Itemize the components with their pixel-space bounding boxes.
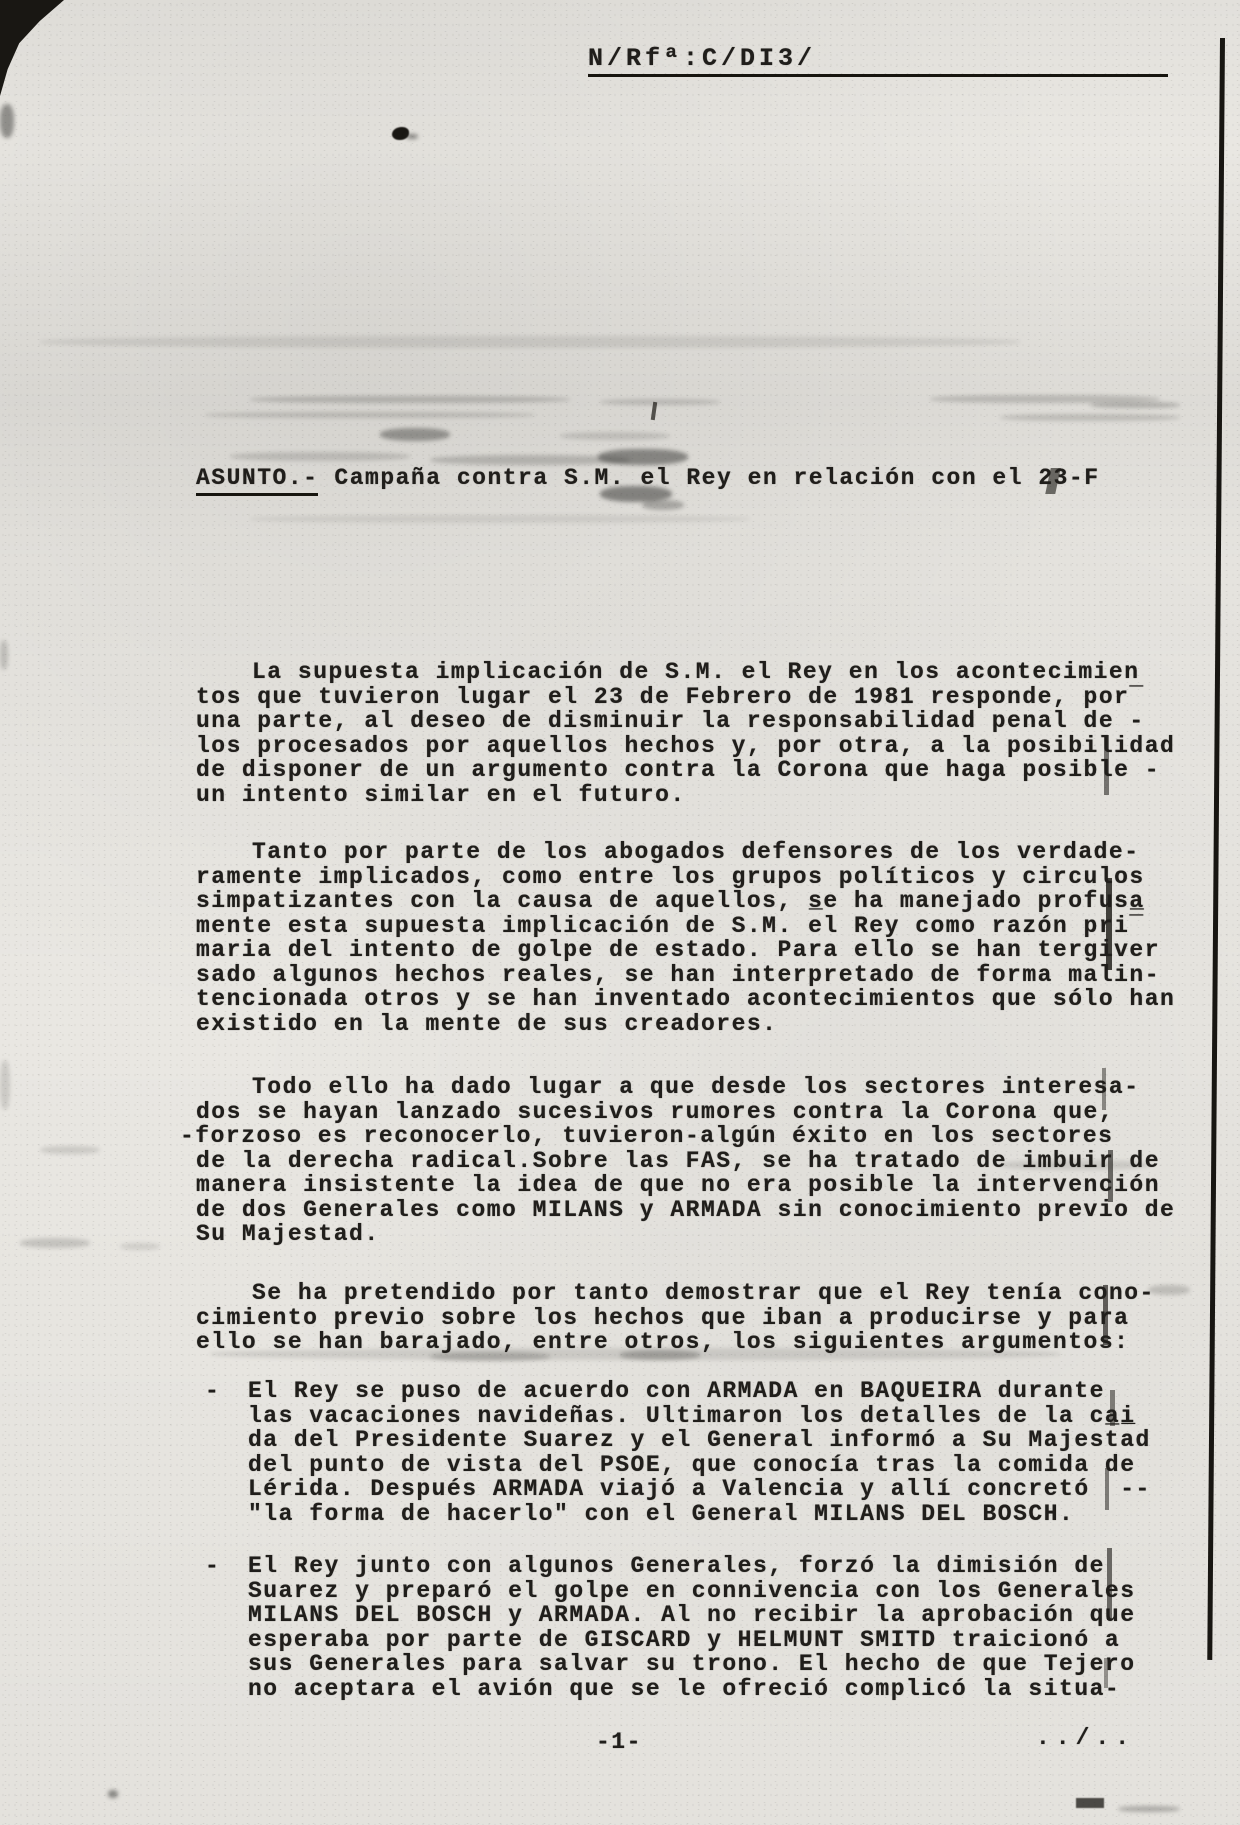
text-line: Se ha pretendido por tanto demostrar que…	[196, 1281, 1155, 1306]
bullet-dash: -	[205, 1379, 220, 1404]
text-line: El Rey se puso de acuerdo con ARMADA en …	[248, 1379, 1151, 1404]
reference-line: N/Rfª:C/DI3/	[588, 46, 1168, 77]
scan-band	[1000, 414, 1180, 421]
scan-band	[250, 396, 570, 403]
scan-band	[380, 428, 450, 441]
text-line: mente esta supuesta implicación de S.M. …	[196, 914, 1175, 939]
subject-label: ASUNTO.-	[196, 465, 318, 496]
text-line: dos se hayan lanzado sucesivos rumores c…	[196, 1100, 1175, 1125]
text-line: cimiento previo sobre los hechos que iba…	[196, 1306, 1155, 1331]
text-line: MILANS DEL BOSCH y ARMADA. Al no recibir…	[248, 1603, 1136, 1628]
scan-band	[600, 399, 720, 405]
text-line: tos que tuvieron lugar el 23 de Febrero …	[196, 685, 1175, 710]
continuation-mark: ../..	[1036, 1726, 1135, 1751]
text-line: esperaba por parte de GISCARD y HELMUNT …	[248, 1628, 1136, 1653]
subject-line: ASUNTO.-Campaña contra S.M. el Rey en re…	[196, 466, 1100, 491]
text-line: una parte, al deseo de disminuir la resp…	[196, 709, 1175, 734]
text-line: Tanto por parte de los abogados defensor…	[196, 840, 1175, 865]
text-line: sus Generales para salvar su trono. El h…	[248, 1652, 1136, 1677]
scan-corner-blob	[0, 0, 64, 96]
scan-ink-blob-tail	[406, 134, 418, 139]
scan-band	[598, 449, 688, 465]
scan-left-edge-speck	[0, 640, 8, 670]
text-line: tencionada otros y se han inventado acon…	[196, 987, 1175, 1012]
text-line: simpatizantes con la causa de aquellos, …	[196, 889, 1175, 914]
text-line: los procesados por aquellos hechos y, po…	[196, 734, 1175, 759]
scan-line-right	[1207, 38, 1225, 1660]
text-line: ello se han barajado, entre otros, los s…	[196, 1330, 1155, 1355]
text-line: de dos Generales como MILANS y ARMADA si…	[196, 1198, 1175, 1223]
paragraph-1: La supuesta implicación de S.M. el Rey e…	[196, 660, 1175, 807]
scan-bottom-right-smear	[1118, 1806, 1180, 1812]
text-line: Todo ello ha dado lugar a que desde los …	[196, 1075, 1175, 1100]
text-line: "la forma de hacerlo" con el General MIL…	[248, 1502, 1151, 1527]
text-line: de disponer de un argumento contra la Co…	[196, 758, 1175, 783]
text-line: de la derecha radical.Sobre las FAS, se …	[196, 1149, 1175, 1174]
page-number: -1-	[596, 1730, 642, 1755]
text-line: del punto de vista del PSOE, que conocía…	[248, 1453, 1151, 1478]
subject-text: Campaña contra S.M. el Rey en relación c…	[334, 465, 1099, 491]
scan-band	[230, 452, 410, 461]
text-line: no aceptara el avión que se le ofreció c…	[248, 1677, 1136, 1702]
text-line: existido en la mente de sus creadores.	[196, 1012, 1175, 1037]
scanned-document: { "header": { "reference": "N/Rf\u00aa:C…	[0, 0, 1240, 1825]
scan-band	[40, 1146, 100, 1154]
bullet-dash: -	[205, 1554, 220, 1579]
scan-band	[560, 432, 670, 440]
text-line: Su Majestad.	[196, 1222, 1175, 1247]
scan-band	[250, 515, 750, 523]
text-line: La supuesta implicación de S.M. el Rey e…	[196, 660, 1175, 685]
text-line: ramente implicados, como entre los grupo…	[196, 865, 1175, 890]
text-line: manera insistente la idea de que no era …	[196, 1173, 1175, 1198]
text-line: Lérida. Después ARMADA viajó a Valencia …	[248, 1477, 1151, 1502]
reference-text: N/Rfª:C/DI3/	[588, 44, 816, 73]
scan-band	[20, 1238, 90, 1248]
text-line: sado algunos hechos reales, se han inter…	[196, 963, 1175, 988]
scan-left-edge-speck	[0, 1060, 10, 1110]
paragraph-2: Tanto por parte de los abogados defensor…	[196, 840, 1175, 1036]
scan-corner-streak	[0, 104, 14, 138]
paragraph-4: Se ha pretendido por tanto demostrar que…	[196, 1281, 1155, 1355]
text-line: un intento similar en el futuro.	[196, 783, 1175, 808]
bullet-item-1: - El Rey se puso de acuerdo con ARMADA e…	[196, 1379, 1151, 1526]
paragraph-3: Todo ello ha dado lugar a que desde los …	[196, 1075, 1175, 1247]
scan-band	[1090, 402, 1180, 408]
scan-bottom-left-dot	[108, 1790, 118, 1798]
text-line: da del Presidente Suarez y el General in…	[248, 1428, 1151, 1453]
text-line: las vacaciones navideñas. Ultimaron los …	[248, 1404, 1151, 1429]
scan-band	[120, 1243, 160, 1250]
scan-band	[40, 336, 1020, 348]
text-line: Suarez y preparó el golpe en connivencia…	[248, 1579, 1136, 1604]
scan-subject-smear	[642, 500, 684, 510]
text-line: -forzoso es reconocerlo, tuvieron-algún …	[196, 1124, 1175, 1149]
text-line: El Rey junto con algunos Generales, forz…	[248, 1554, 1136, 1579]
scan-bottom-right-dash	[1076, 1798, 1104, 1808]
bullet-item-2: - El Rey junto con algunos Generales, fo…	[196, 1554, 1136, 1701]
scan-band	[205, 412, 535, 418]
text-line: maria del intento de golpe de estado. Pa…	[196, 938, 1175, 963]
